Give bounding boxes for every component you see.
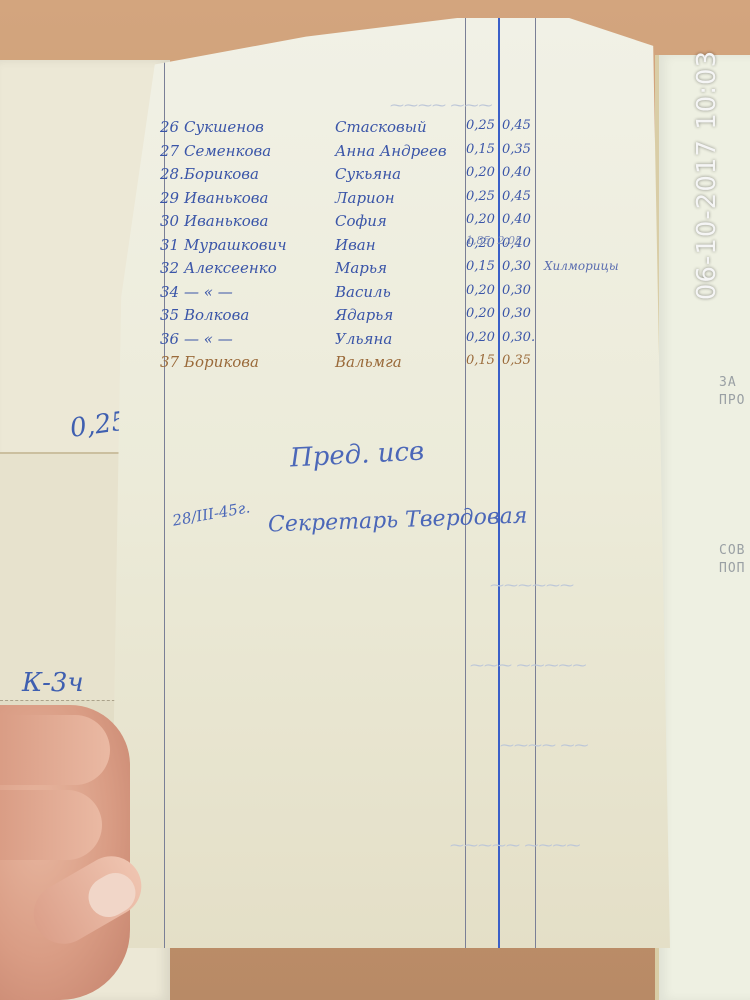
given-name: Василь <box>335 283 465 301</box>
table-row: 28. Борикова Сукьяна 0,20 0,40 <box>160 165 660 189</box>
given-name: Сукьяна <box>335 165 465 183</box>
value-col-2: 0,45 <box>502 118 536 133</box>
given-name: Ларион <box>335 189 465 207</box>
value-col-2: 0,30. <box>502 330 536 345</box>
table-row: 27 Семенкова Анна Андреев 0,15 0,35 <box>160 142 660 166</box>
value-col-1: 0,15 <box>466 353 498 368</box>
table-row: 34 — « — Василь 0,20 0,30 <box>160 283 660 307</box>
row-number: 26 <box>160 118 182 136</box>
printed-text: ПОП <box>719 561 745 576</box>
surname: Мурашкович <box>184 236 334 254</box>
row-number: 28. <box>160 165 182 183</box>
surname: Иванькова <box>184 189 334 207</box>
row-number: 29 <box>160 189 182 207</box>
value-col-1: 0,15 <box>466 142 498 157</box>
surname: — « — <box>184 330 334 348</box>
value-col-1: 0,25 <box>466 189 498 204</box>
table-row: 29 Иванькова Ларион 0,25 0,45 <box>160 189 660 213</box>
subtotal-col-1: 1,85 <box>466 234 491 247</box>
timestamp-text: 06-10-2017 10:03 <box>692 50 722 300</box>
printed-text: ЗА <box>719 375 737 390</box>
value-col-2: 0,40 <box>502 165 536 180</box>
bleed-through-text: ⁓⁓⁓⁓⁓ ⁓⁓⁓⁓ <box>450 838 580 854</box>
surname: Борикова <box>184 165 334 183</box>
given-name: София <box>335 212 465 230</box>
ledger-table: 26 Сукшенов Стасковый 0,25 0,45 27 Семен… <box>160 118 660 377</box>
value-col-2: 0,35 <box>502 142 536 157</box>
printed-text: СОВ <box>719 543 745 558</box>
bleed-through-text: ⁓⁓⁓⁓ ⁓⁓ <box>500 738 588 754</box>
row-number: 34 <box>160 283 182 301</box>
row-number: 31 <box>160 236 182 254</box>
given-name: Ядарья <box>335 306 465 324</box>
bleed-through-text: ⁓⁓⁓⁓ ⁓⁓⁓ <box>390 98 492 114</box>
row-number: 32 <box>160 259 182 277</box>
finger <box>0 715 110 785</box>
subtotal-col-2: 2,05 <box>498 234 523 247</box>
surname: Алексеенко <box>184 259 334 277</box>
value-col-1: 0,20 <box>466 283 498 298</box>
surname: Иванькова <box>184 212 334 230</box>
surname: Борикова <box>184 353 334 371</box>
paper-slip <box>0 452 135 704</box>
value-col-1: 0,20 <box>466 306 498 321</box>
subtotal: 1,85 2,05 <box>466 234 522 247</box>
table-row: 37 Борикова Вальмга 0,15 0,35 <box>160 353 660 377</box>
surname: Волкова <box>184 306 334 324</box>
value-col-2: 0,45 <box>502 189 536 204</box>
value-col-2: 0,30 <box>502 259 536 274</box>
row-number: 30 <box>160 212 182 230</box>
value-col-2: 0,40 <box>502 212 536 227</box>
value-col-1: 0,20 <box>466 165 498 180</box>
given-name: Анна Андреев <box>335 142 465 160</box>
table-row: 26 Сукшенов Стасковый 0,25 0,45 <box>160 118 660 142</box>
photo-timestamp: 06-10-2017 10:03 <box>692 30 722 320</box>
given-name: Иван <box>335 236 465 254</box>
value-col-2: 0,30 <box>502 306 536 321</box>
given-name: Марья <box>335 259 465 277</box>
bleed-through-text: ⁓⁓⁓⁓⁓⁓ <box>490 578 574 594</box>
surname: Семенкова <box>184 142 334 160</box>
table-row: 32 Алексеенко Марья 0,15 0,30 Хилморицы <box>160 259 660 283</box>
value-col-2: 0,35 <box>502 353 536 368</box>
surname: — « — <box>184 283 334 301</box>
table-row: 31 Мурашкович Иван 0,20 0,40 <box>160 236 660 260</box>
finger <box>0 790 102 860</box>
given-name: Ульяна <box>335 330 465 348</box>
value-col-2: 0,30 <box>502 283 536 298</box>
margin-note-code: К-3ч <box>22 668 84 698</box>
value-col-1: 0,15 <box>466 259 498 274</box>
table-row: 35 Волкова Ядарья 0,20 0,30 <box>160 306 660 330</box>
table-row: 30 Иванькова София 0,20 0,40 <box>160 212 660 236</box>
row-number: 35 <box>160 306 182 324</box>
table-row: 36 — « — Ульяна 0,20 0,30. <box>160 330 660 354</box>
value-col-1: 0,20 <box>466 212 498 227</box>
value-col-1: 0,20 <box>466 330 498 345</box>
row-number: 27 <box>160 142 182 160</box>
printed-text: ПРО <box>719 393 745 408</box>
surname: Сукшенов <box>184 118 334 136</box>
row-note: Хилморицы <box>544 259 619 273</box>
bleed-through-text: ⁓⁓⁓ ⁓⁓⁓⁓⁓ <box>470 658 586 674</box>
row-number: 36 <box>160 330 182 348</box>
row-number: 37 <box>160 353 182 371</box>
given-name: Вальмга <box>335 353 465 371</box>
value-col-1: 0,25 <box>466 118 498 133</box>
given-name: Стасковый <box>335 118 465 136</box>
